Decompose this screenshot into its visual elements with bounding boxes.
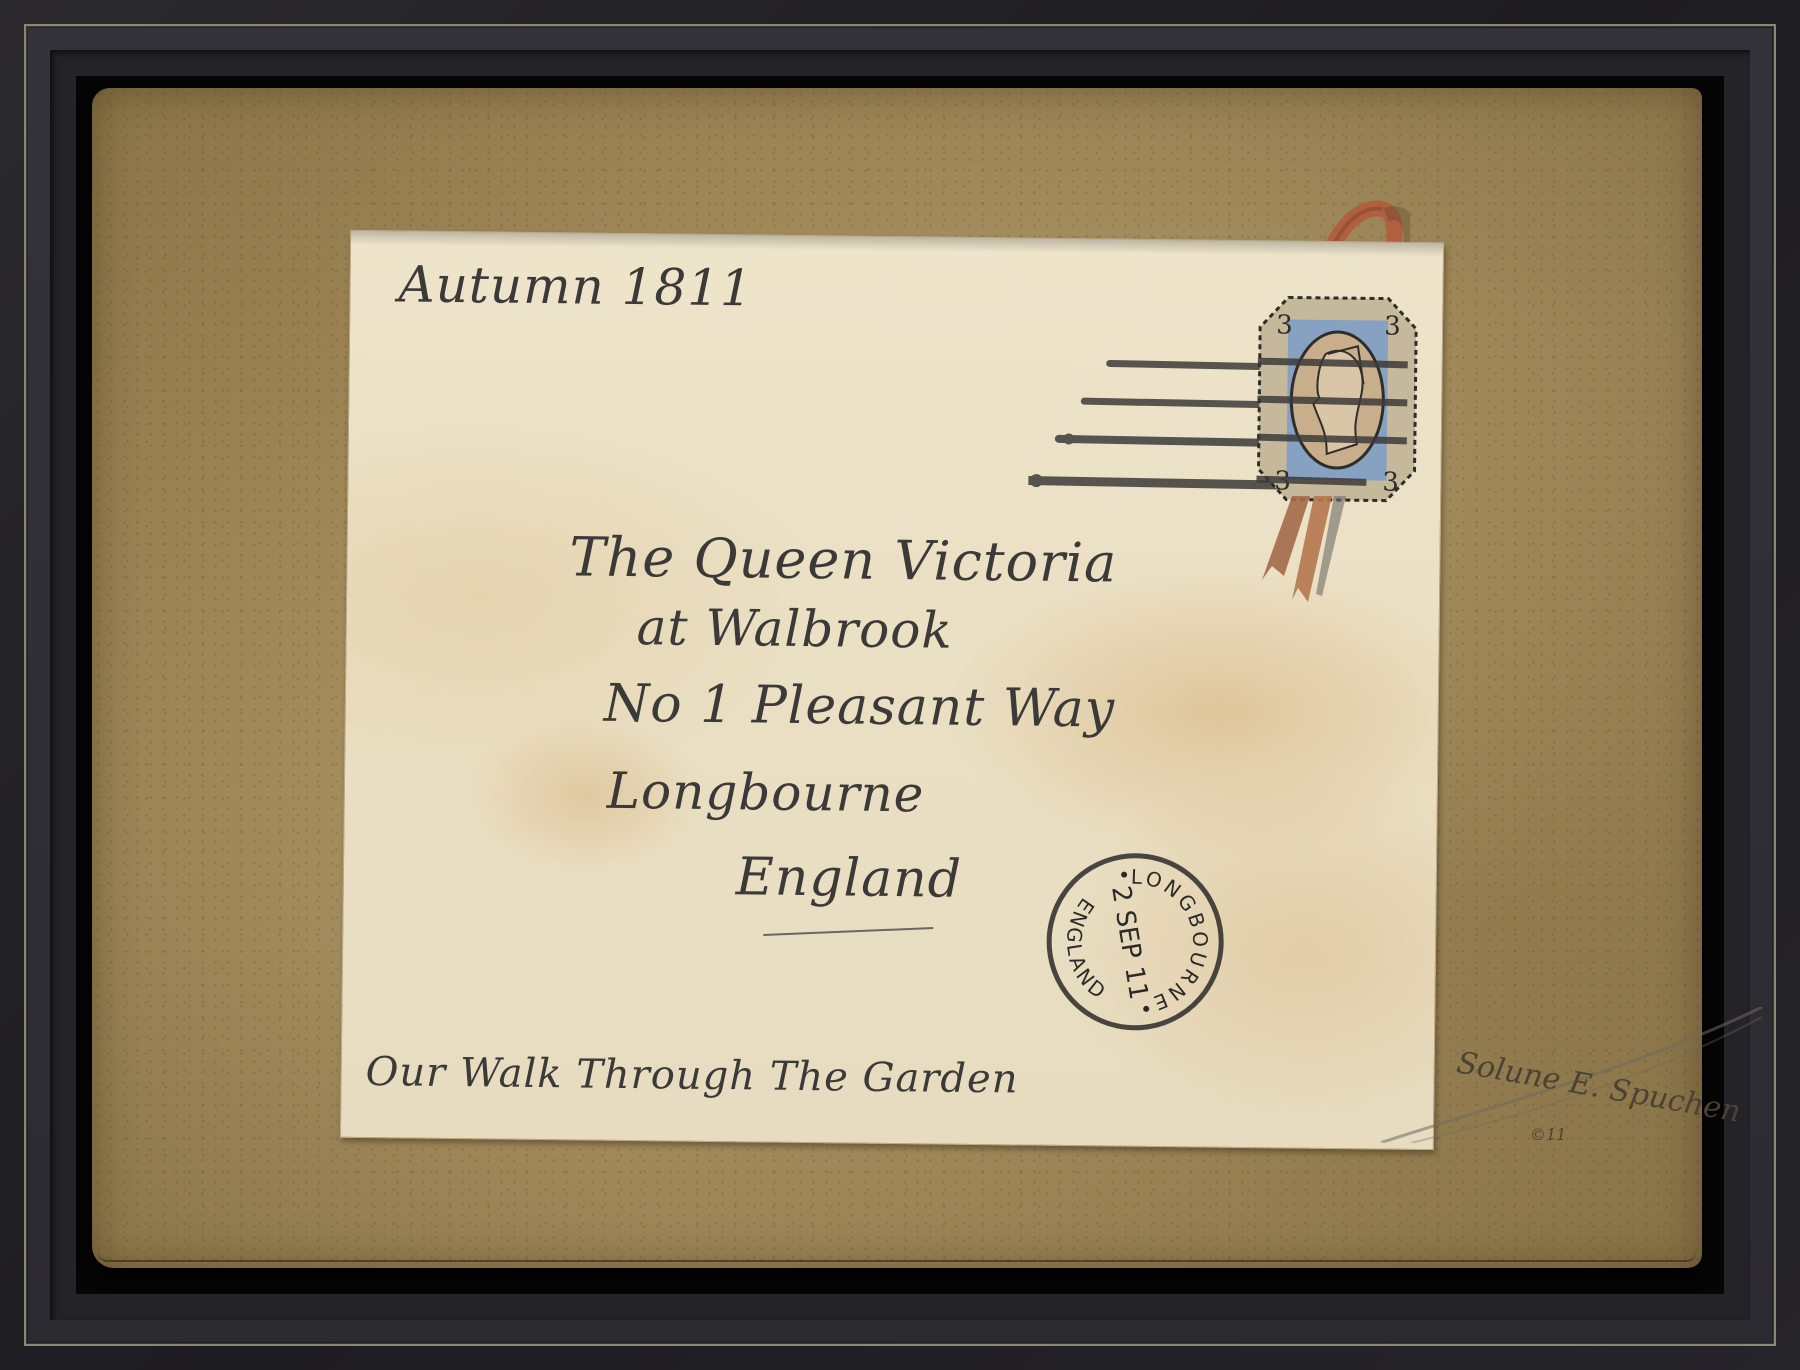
- address-line-street: No 1 Pleasant Way: [603, 674, 1115, 740]
- address-line-location: at Walbrook: [636, 598, 953, 660]
- svg-text:3: 3: [1276, 310, 1293, 340]
- address-line-recipient: The Queen Victoria: [569, 525, 1118, 594]
- postage-stamp: 3 3 3 3: [1256, 293, 1418, 505]
- ribbon-tails-icon: [1262, 496, 1352, 606]
- country-underline: [763, 927, 933, 936]
- artist-signature-year: ©11: [1530, 1125, 1566, 1144]
- svg-text:2 SEP 11: 2 SEP 11: [1105, 884, 1153, 1002]
- svg-text:3: 3: [1382, 468, 1399, 498]
- address-line-country: England: [736, 847, 963, 910]
- picture-frame: Autumn 1811 The Queen Victoria at Walbro…: [0, 0, 1800, 1370]
- envelope-footer-caption: Our Walk Through The Garden: [365, 1049, 1018, 1102]
- envelope: Autumn 1811 The Queen Victoria at Walbro…: [340, 230, 1444, 1150]
- address-line-town: Longbourne: [607, 762, 925, 824]
- svg-text:3: 3: [1384, 312, 1401, 342]
- board-edge: [98, 1250, 1696, 1262]
- date-line: Autumn 1811: [398, 255, 753, 317]
- postmark-stamp: LONGBOURNE ENGLAND 2 SEP 11: [1036, 843, 1234, 1041]
